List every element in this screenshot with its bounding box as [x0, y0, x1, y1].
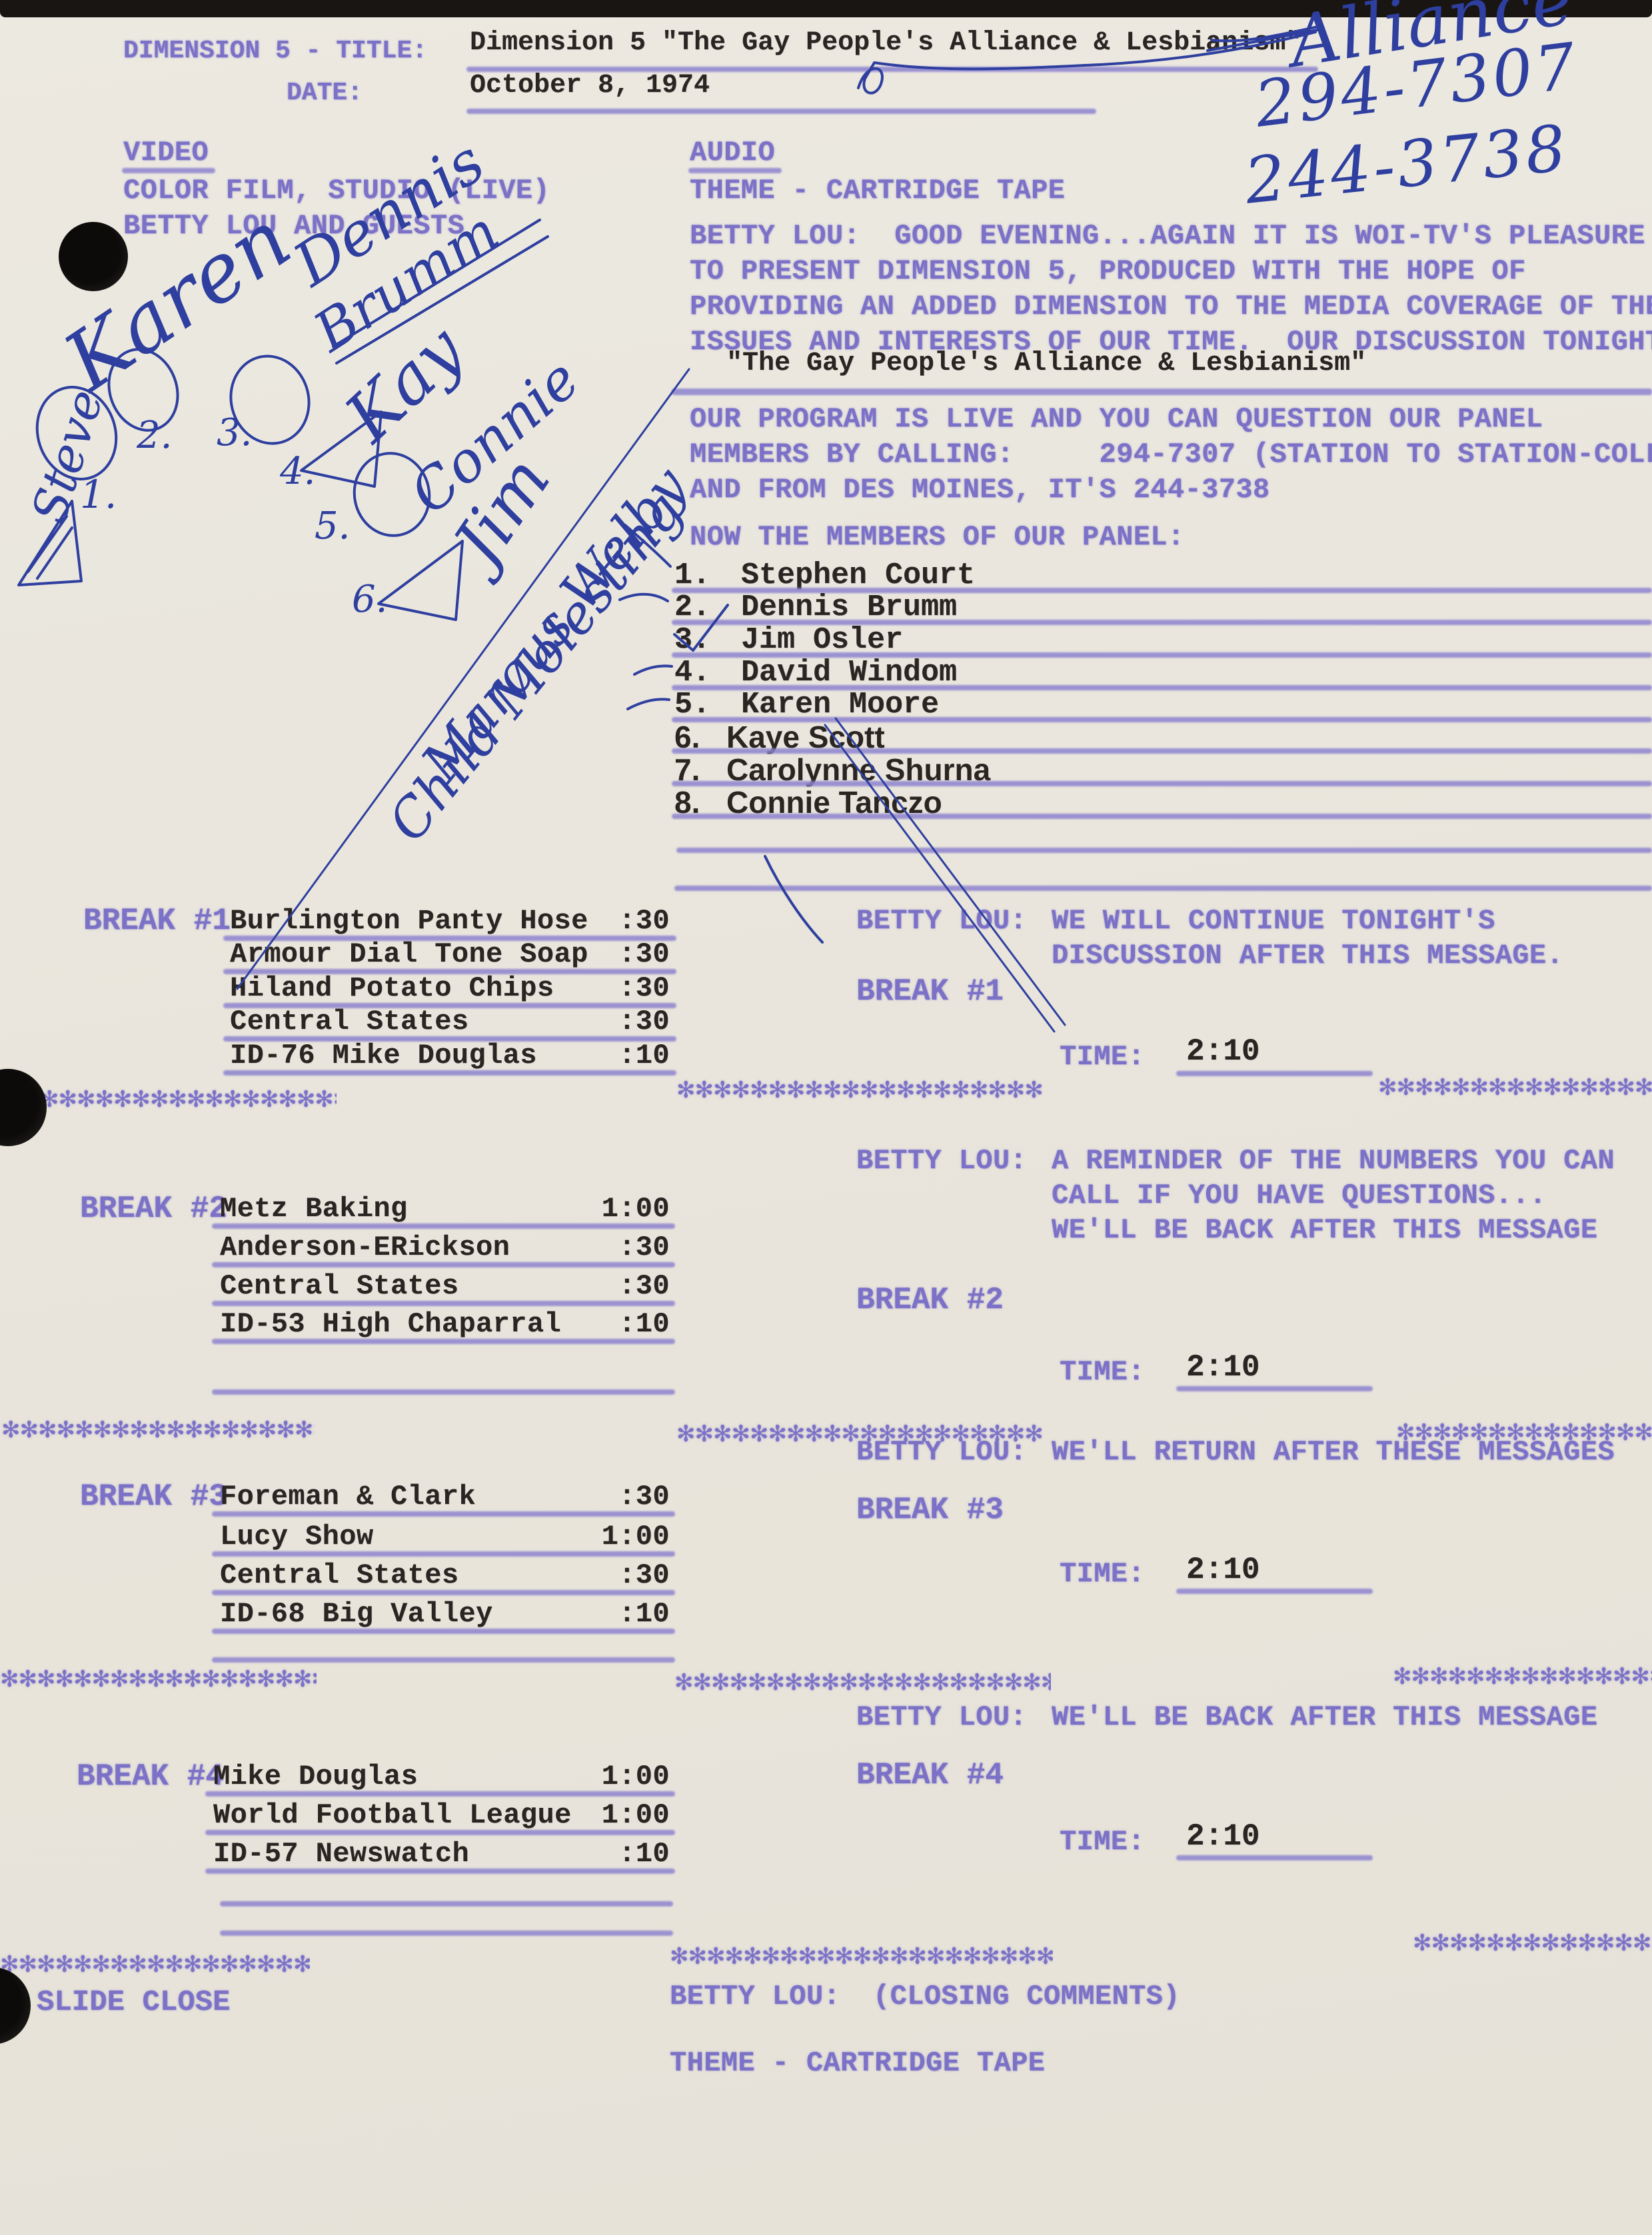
seat-number-6: 6.	[352, 578, 387, 621]
seat-triangle-6	[379, 541, 462, 620]
hw-note-line2: Child Molesting	[376, 480, 694, 853]
pen-tick-item5	[628, 699, 669, 709]
scanned-script-page: DIMENSION 5 - TITLE: Dimension 5 "The Ga…	[0, 0, 1652, 2235]
seat-number-2: 2.	[136, 414, 172, 457]
seat-number-4: 4.	[279, 450, 315, 493]
seat-number-3: 3.	[217, 411, 252, 454]
pen-tick-item4	[634, 666, 672, 674]
hw-name-karen: Karen	[47, 192, 307, 410]
seat-number-1: 1.	[80, 472, 117, 517]
seat-number-5: 5.	[315, 504, 350, 548]
handwritten-annotations-layer: Alliance 294-7307 244-3738 Steve Karen D…	[0, 0, 1652, 2235]
pen-curl	[765, 856, 822, 942]
pen-double-diagonal	[825, 718, 1065, 1032]
pen-checkmark	[674, 605, 728, 650]
